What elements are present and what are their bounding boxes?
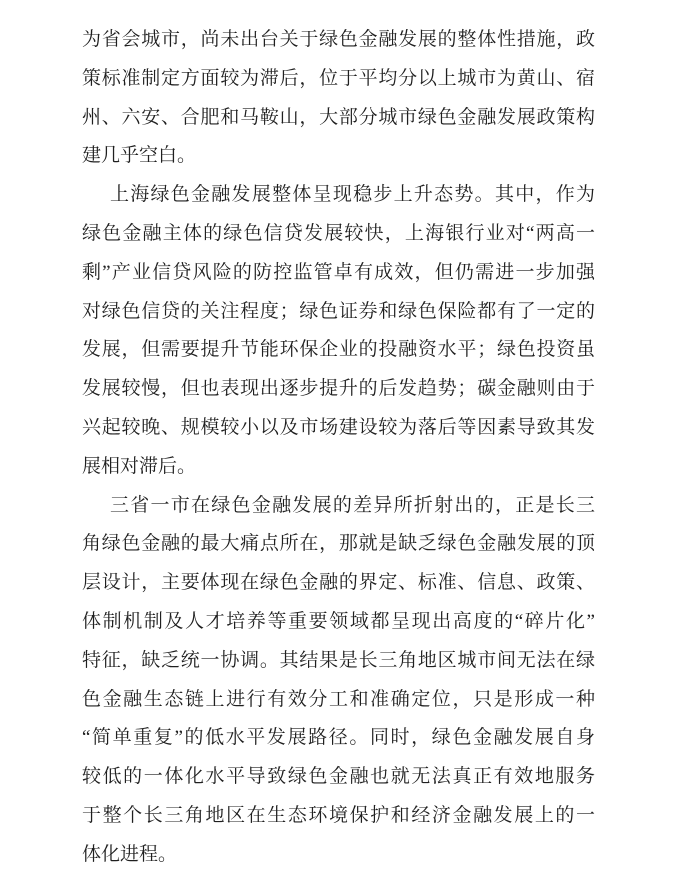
text-line: 策标准制定方面较为滞后，位于平均分以上城市为黄山、宿 [82, 60, 595, 99]
text-line: 上海绿色金融发展整体呈现稳步上升态势。其中，作为 [82, 176, 595, 215]
text-line: 三省一市在绿色金融发展的差异所折射出的，正是长三 [82, 487, 595, 526]
text-line: 较低的一体化水平导致绿色金融也就无法真正有效地服务 [82, 758, 595, 797]
text-line: 州、六安、合肥和马鞍山，大部分城市绿色金融发展政策构 [82, 99, 595, 138]
text-line: 体化进程。 [82, 836, 595, 875]
text-line: 兴起较晚、规模较小以及市场建设较为落后等因素导致其发 [82, 409, 595, 448]
paragraph: 为省会城市，尚未出台关于绿色金融发展的整体性措施，政策标准制定方面较为滞后，位于… [82, 21, 595, 176]
text-line: 于整个长三角地区在生态环境保护和经济金融发展上的一 [82, 797, 595, 836]
text-line: 特征，缺乏统一协调。其结果是长三角地区城市间无法在绿 [82, 642, 595, 681]
document-page: 为省会城市，尚未出台关于绿色金融发展的整体性措施，政策标准制定方面较为滞后，位于… [0, 0, 677, 875]
document-body: 为省会城市，尚未出台关于绿色金融发展的整体性措施，政策标准制定方面较为滞后，位于… [82, 21, 595, 875]
text-line: 色金融生态链上进行有效分工和准确定位，只是形成一种 [82, 681, 595, 720]
text-line: 发展较慢，但也表现出逐步提升的后发趋势；碳金融则由于 [82, 370, 595, 409]
text-line: 展相对滞后。 [82, 448, 595, 487]
text-line: 发展，但需要提升节能环保企业的投融资水平；绿色投资虽 [82, 331, 595, 370]
text-line: 对绿色信贷的关注程度；绿色证券和绿色保险都有了一定的 [82, 293, 595, 332]
text-line: 角绿色金融的最大痛点所在，那就是缺乏绿色金融发展的顶 [82, 525, 595, 564]
text-line: 层设计，主要体现在绿色金融的界定、标准、信息、政策、 [82, 564, 595, 603]
text-line: “简单重复”的低水平发展路径。同时，绿色金融发展自身 [82, 719, 595, 758]
text-line: 为省会城市，尚未出台关于绿色金融发展的整体性措施，政 [82, 21, 595, 60]
text-line: 剩”产业信贷风险的防控监管卓有成效，但仍需进一步加强 [82, 254, 595, 293]
text-line: 建几乎空白。 [82, 137, 595, 176]
text-line: 体制机制及人才培养等重要领域都呈现出高度的“碎片化” [82, 603, 595, 642]
text-line: 绿色金融主体的绿色信贷发展较快，上海银行业对“两高一 [82, 215, 595, 254]
paragraph: 三省一市在绿色金融发展的差异所折射出的，正是长三角绿色金融的最大痛点所在，那就是… [82, 487, 595, 875]
paragraph: 上海绿色金融发展整体呈现稳步上升态势。其中，作为绿色金融主体的绿色信贷发展较快，… [82, 176, 595, 486]
